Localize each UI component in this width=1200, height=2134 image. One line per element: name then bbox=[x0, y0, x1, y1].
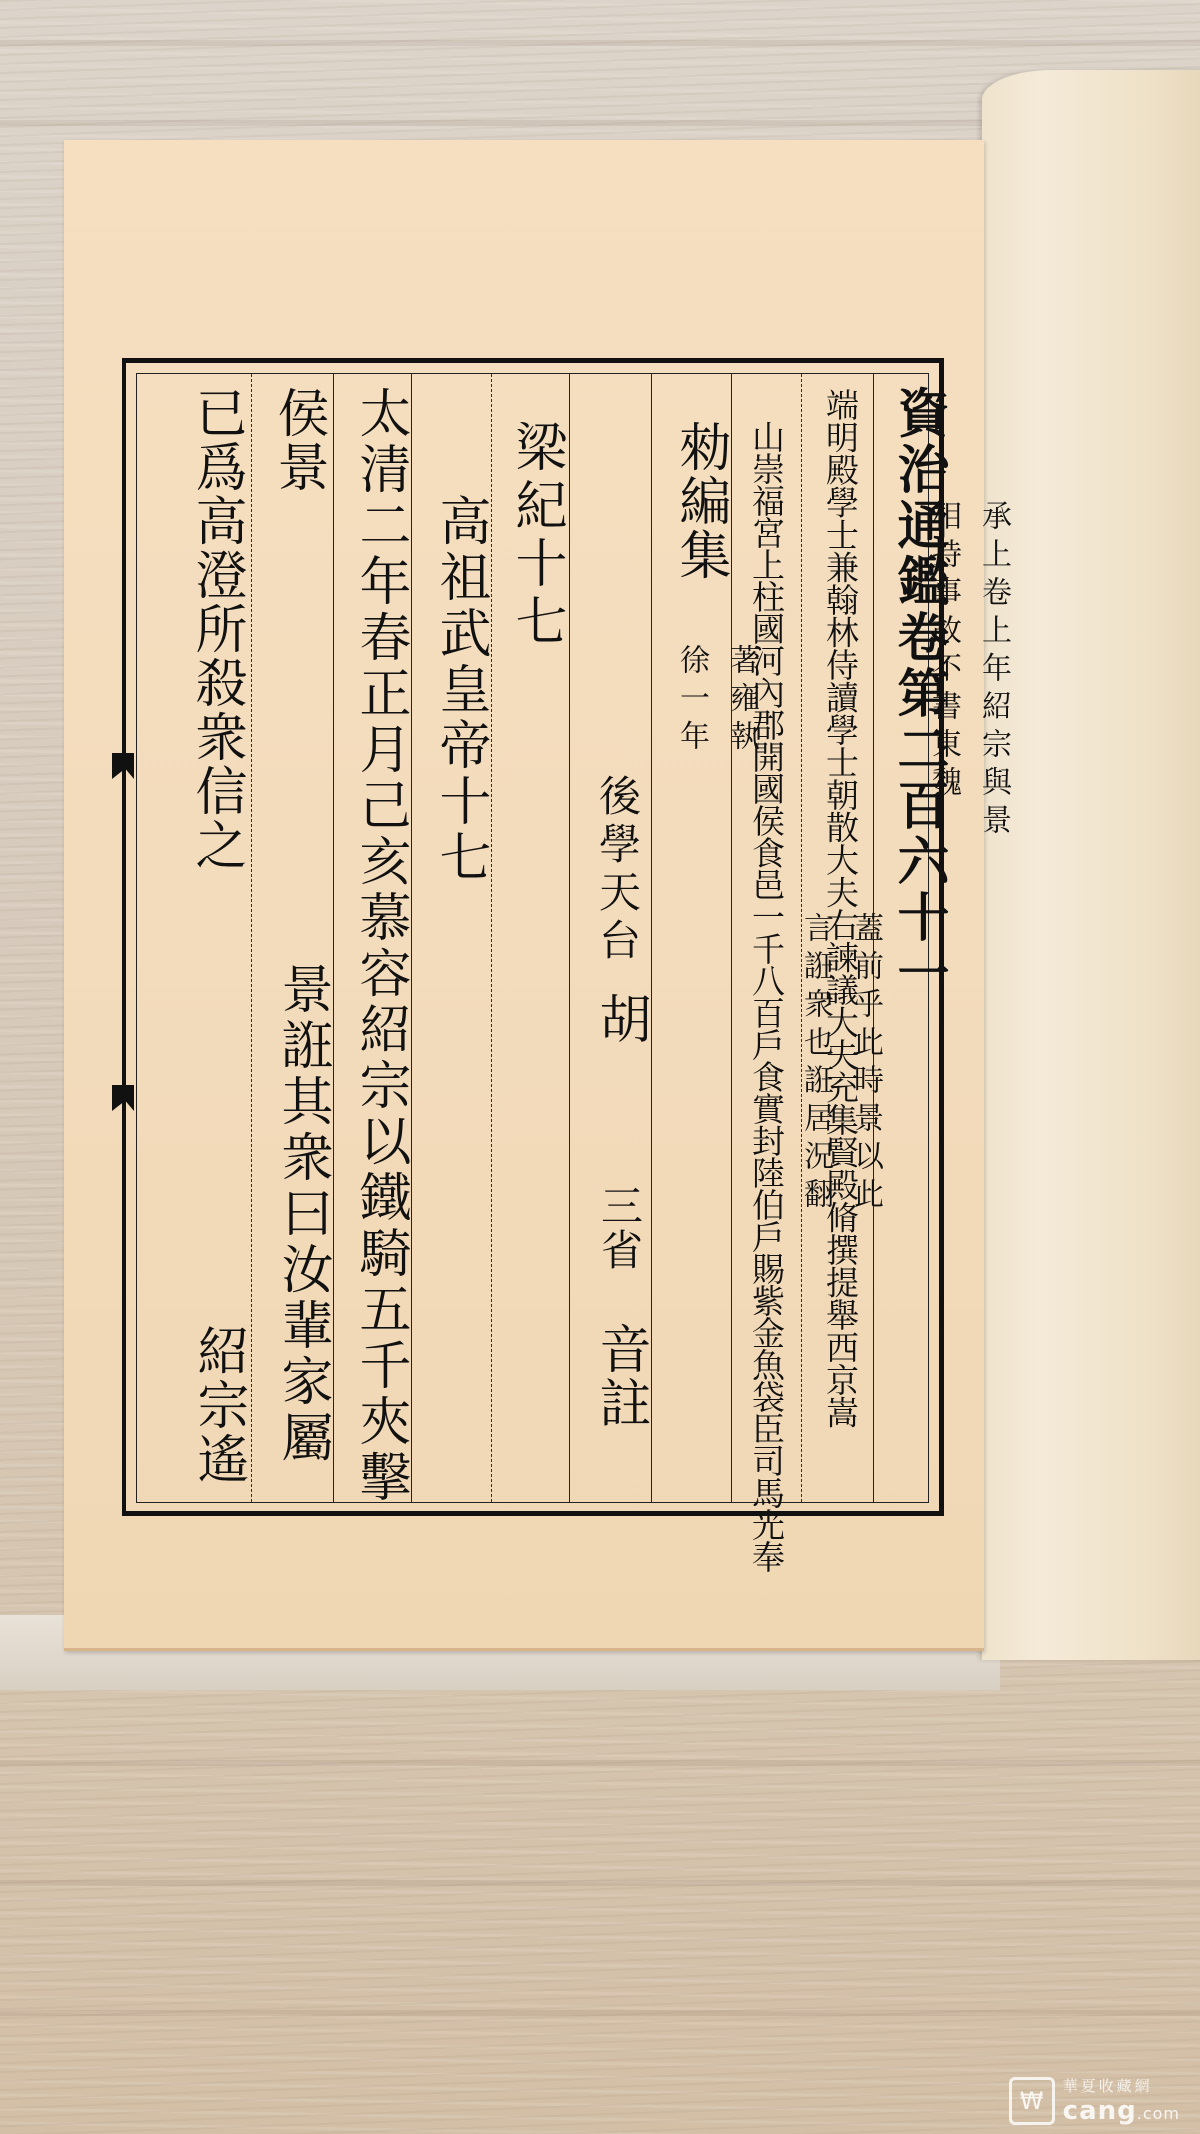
note-right: 蓋前乎此時景以此 bbox=[843, 912, 887, 1216]
right-page-blank bbox=[982, 70, 1200, 1660]
text-grid: 資治通鑑卷第二百六十一 端明殿學士兼翰林侍讀學士朝散大夫右諫議大夫充集賢殿脩撰提… bbox=[136, 373, 929, 1503]
book-page: 資治通鑑卷第二百六十一 端明殿學士兼翰林侍讀學士朝散大夫右諫議大夫充集賢殿脩撰提… bbox=[64, 140, 984, 1651]
watermark-en: cang bbox=[1063, 2096, 1137, 2126]
wood-grain bbox=[0, 2010, 1200, 2016]
body-line-2-top: 侯景 bbox=[261, 386, 336, 494]
commentator-role: 音註 bbox=[583, 1322, 658, 1430]
note-left: 言誑衆也誑居況翻 bbox=[793, 912, 837, 1216]
wood-grain bbox=[0, 1880, 1200, 1886]
wood-grain bbox=[0, 1760, 1200, 1766]
watermark: ₩ 華夏收藏網 cang.com bbox=[1009, 2075, 1180, 2126]
body-line-2-annotation: 承上卷上年紹宗與景 相持事故不書東魏 bbox=[261, 500, 1015, 842]
wood-grain bbox=[0, 40, 1200, 46]
body-line-3-bottom: 紹宗遙 bbox=[181, 1324, 256, 1486]
fishtail-mark-icon bbox=[112, 753, 134, 779]
note-left: 相持事故不書東魏 bbox=[921, 500, 965, 842]
body-line-3-top: 已爲高澄所殺衆信之 bbox=[179, 386, 254, 872]
body-line-3-annotation: 蓋前乎此時景以此 言誑衆也誑居況翻 bbox=[177, 912, 887, 1216]
note-right: 承上卷上年紹宗與景 bbox=[971, 500, 1015, 842]
watermark-domain: .com bbox=[1137, 2104, 1180, 2123]
print-frame: 資治通鑑卷第二百六十一 端明殿學士兼翰林侍讀學士朝散大夫右諫議大夫充集賢殿脩撰提… bbox=[122, 358, 944, 1516]
fishtail-mark-icon bbox=[112, 1085, 134, 1111]
huaxia-logo-icon: ₩ bbox=[1009, 2077, 1055, 2125]
watermark-cn: 華夏收藏網 bbox=[1063, 2075, 1180, 2096]
